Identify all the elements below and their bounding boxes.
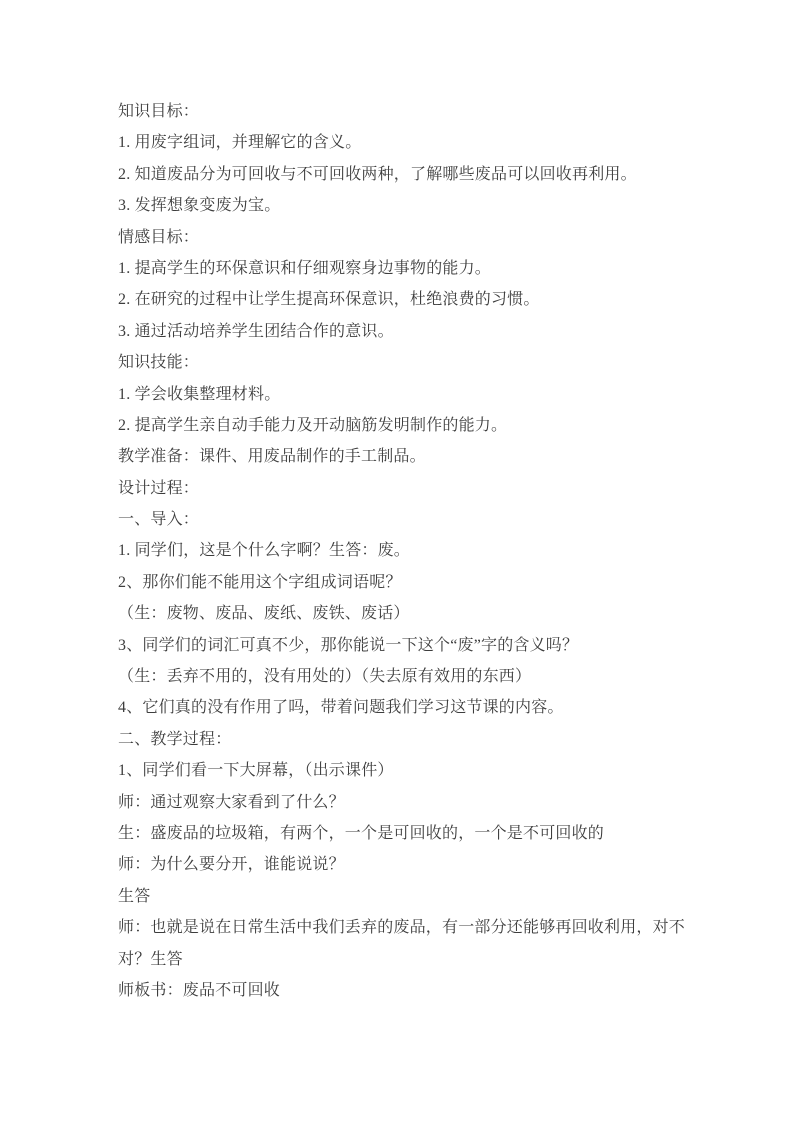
teacher-summary-line-1: 师：也就是说在日常生活中我们丢弃的废品，有一部分还能够再回收利用，对不: [118, 912, 678, 943]
heading-section-1-intro: 一、导入：: [118, 504, 678, 535]
student-answer-words: （生：废物、废品、废纸、废铁、废话）: [118, 598, 678, 629]
student-answer-meaning: （生：丢弃不用的，没有用处的）（失去原有效用的东西）: [118, 661, 678, 692]
teacher-question-observe: 师：通过观察大家看到了什么？: [118, 787, 678, 818]
intro-step-3: 3、同学们的词汇可真不少，那你能说一下这个“废”字的含义吗？: [118, 630, 678, 661]
emotion-goal-item-2: 2. 在研究的过程中让学生提高环保意识，杜绝浪费的习惯。: [118, 284, 678, 315]
heading-section-2-teaching-process: 二、教学过程：: [118, 724, 678, 755]
intro-step-4: 4、它们真的没有作用了吗，带着问题我们学习这节课的内容。: [118, 692, 678, 723]
intro-step-1: 1. 同学们，这是个什么字啊？生答：废。: [118, 535, 678, 566]
student-answer-bins: 生：盛废品的垃圾箱，有两个，一个是可回收的，一个是不可回收的: [118, 818, 678, 849]
teaching-preparation: 教学准备：课件、用废品制作的手工制品。: [118, 441, 678, 472]
knowledge-skill-item-2: 2. 提高学生亲自动手能力及开动脑筋发明制作的能力。: [118, 410, 678, 441]
knowledge-goal-item-1: 1. 用废字组词，并理解它的含义。: [118, 127, 678, 158]
heading-emotion-goals: 情感目标：: [118, 222, 678, 253]
knowledge-goal-item-2: 2. 知道废品分为可回收与不可回收两种，了解哪些废品可以回收再利用。: [118, 159, 678, 190]
emotion-goal-item-1: 1. 提高学生的环保意识和仔细观察身边事物的能力。: [118, 253, 678, 284]
teacher-board-writing: 师板书：废品不可回收: [118, 975, 678, 1006]
emotion-goal-item-3: 3. 通过活动培养学生团结合作的意识。: [118, 316, 678, 347]
document-page: 知识目标： 1. 用废字组词，并理解它的含义。 2. 知道废品分为可回收与不可回…: [0, 0, 793, 1122]
knowledge-goal-item-3: 3. 发挥想象变废为宝。: [118, 190, 678, 221]
heading-knowledge-goals: 知识目标：: [118, 96, 678, 127]
knowledge-skill-item-1: 1. 学会收集整理材料。: [118, 379, 678, 410]
heading-design-process: 设计过程：: [118, 473, 678, 504]
heading-knowledge-skills: 知识技能：: [118, 347, 678, 378]
teacher-question-why-separate: 师：为什么要分开，谁能说说？: [118, 849, 678, 880]
document-body: 知识目标： 1. 用废字组词，并理解它的含义。 2. 知道废品分为可回收与不可回…: [118, 96, 678, 1006]
intro-step-2: 2、那你们能不能用这个字组成词语呢？: [118, 567, 678, 598]
teacher-summary-line-2: 对？生答: [118, 944, 678, 975]
teaching-step-1: 1、同学们看一下大屏幕，（出示课件）: [118, 755, 678, 786]
student-answers-label: 生答: [118, 881, 678, 912]
